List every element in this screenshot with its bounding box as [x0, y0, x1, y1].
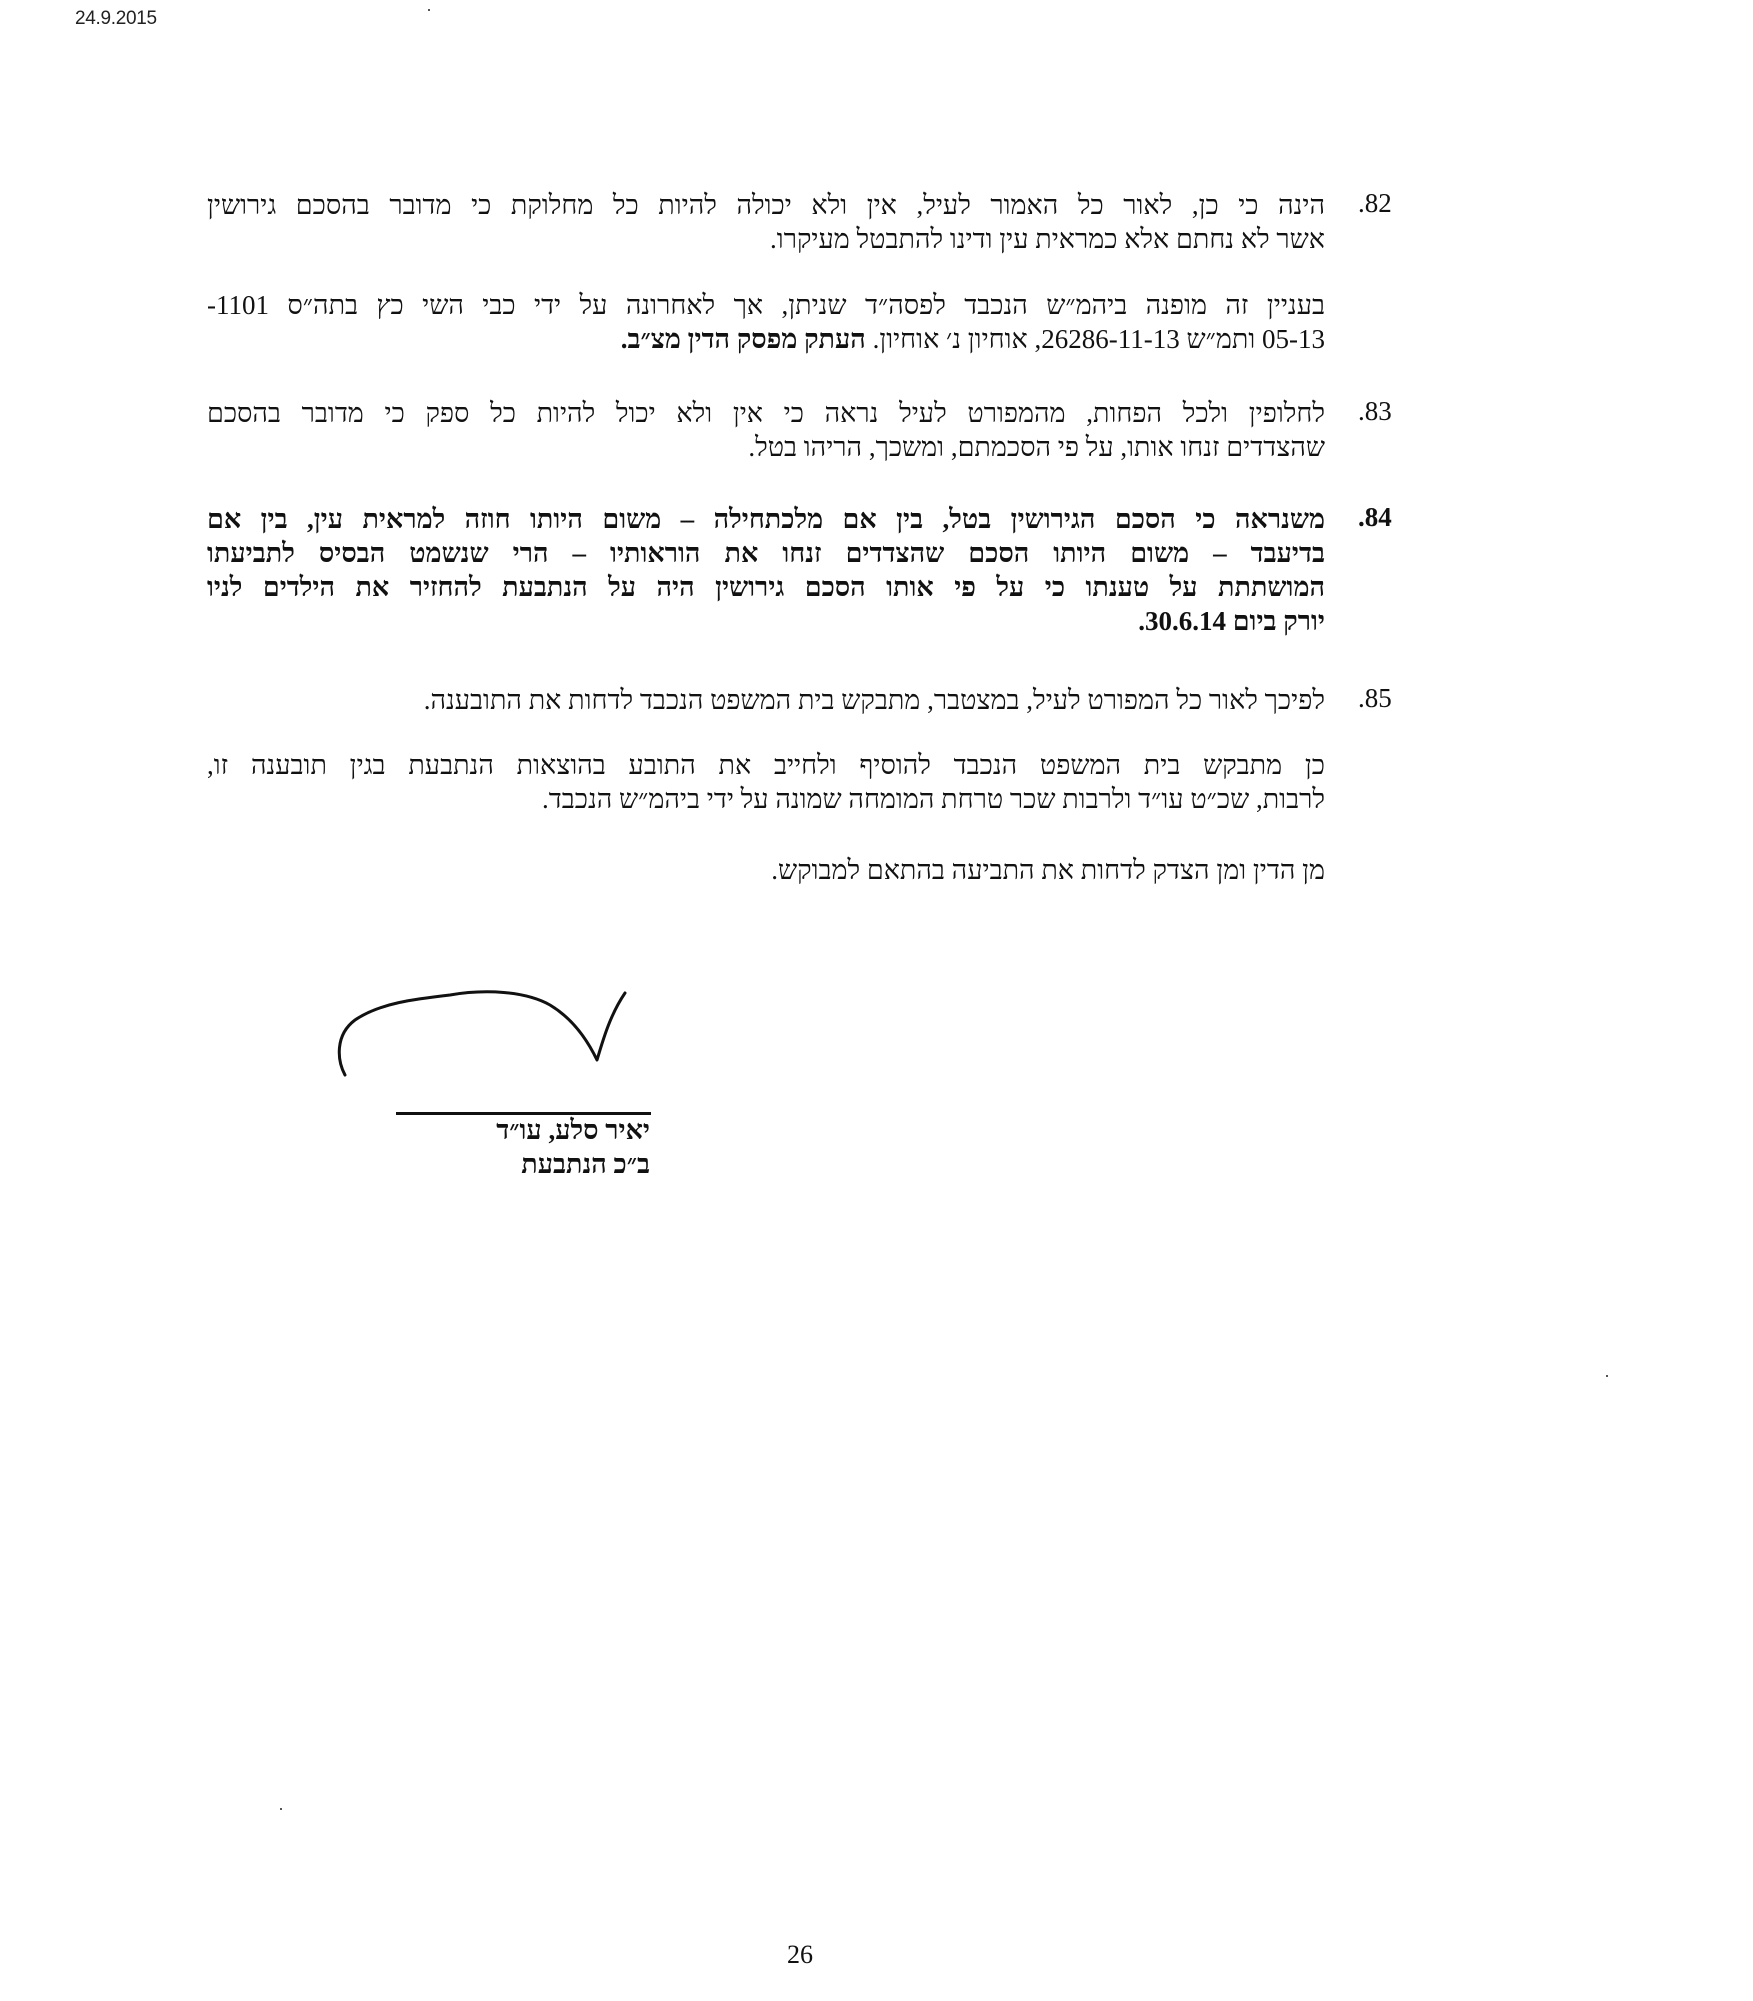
page-number: 26 [780, 1940, 820, 1970]
scan-speck [280, 1808, 282, 1810]
paragraph-84-line-4: יורק ביום 30.6.14. [1138, 604, 1325, 638]
paragraph-82-reference-line-2: 05-13 ותמ״ש 26286-11-13, אוחיון נ׳ אוחיו… [621, 322, 1325, 356]
paragraph-number-82: .82 [1358, 188, 1418, 219]
paragraph-84-line-2: בדיעבד – משום היותו הסכם שהצדדים זנחו את… [207, 536, 1325, 570]
paragraph-number-85: .85 [1358, 683, 1418, 714]
paragraph-82-line-2: אשר לא נחתם אלא כמראית עין ודינו להתבטל … [770, 222, 1325, 256]
paragraph-number-83: .83 [1358, 396, 1418, 427]
paragraph-83-line-2: שהצדדים זנחו אותו, על פי הסכמתם, ומשכך, … [748, 430, 1325, 464]
attachment-note: העתק מפסק הדין מצ״ב. [621, 324, 866, 354]
document-date: 24.9.2015 [75, 8, 157, 30]
paragraph-82-reference-line-1: בעניין זה מופנה ביהמ״ש הנכבד לפסה״ד שנית… [207, 288, 1325, 322]
signatory-name: יאיר סלע, עו״ד [496, 1113, 650, 1147]
costs-request-line-2: לרבות, שכ״ט עו״ד ולרבות שכר טרחת המומחה … [542, 782, 1325, 816]
paragraph-85-line-1: לפיכך לאור כל המפורט לעיל, במצטבר, מתבקש… [424, 683, 1325, 717]
case-reference-text: 05-13 ותמ״ש 26286-11-13, אוחיון נ׳ אוחיו… [873, 324, 1325, 354]
scan-speck [1606, 1375, 1608, 1377]
costs-request-line-1: כן מתבקש בית המשפט הנכבד להוסיף ולחייב א… [207, 748, 1325, 782]
scan-speck [428, 9, 430, 11]
paragraph-84-line-3: המושתתת על טענתו כי על פי אותו הסכם גירו… [207, 570, 1325, 604]
paragraph-number-84: .84 [1358, 502, 1418, 533]
paragraph-82-line-1: הינה כי כן, לאור כל האמור לעיל, אין ולא … [207, 188, 1325, 222]
closing-statement: מן הדין ומן הצדק לדחות את התביעה בהתאם ל… [771, 853, 1325, 887]
handwritten-signature [335, 975, 655, 1090]
signatory-role: ב״כ הנתבעת [521, 1147, 650, 1181]
paragraph-83-line-1: לחלופין ולכל הפחות, מהמפורט לעיל נראה כי… [207, 396, 1325, 430]
paragraph-84-line-1: משנראה כי הסכם הגירושין בטל, בין אם מלכת… [207, 502, 1325, 536]
